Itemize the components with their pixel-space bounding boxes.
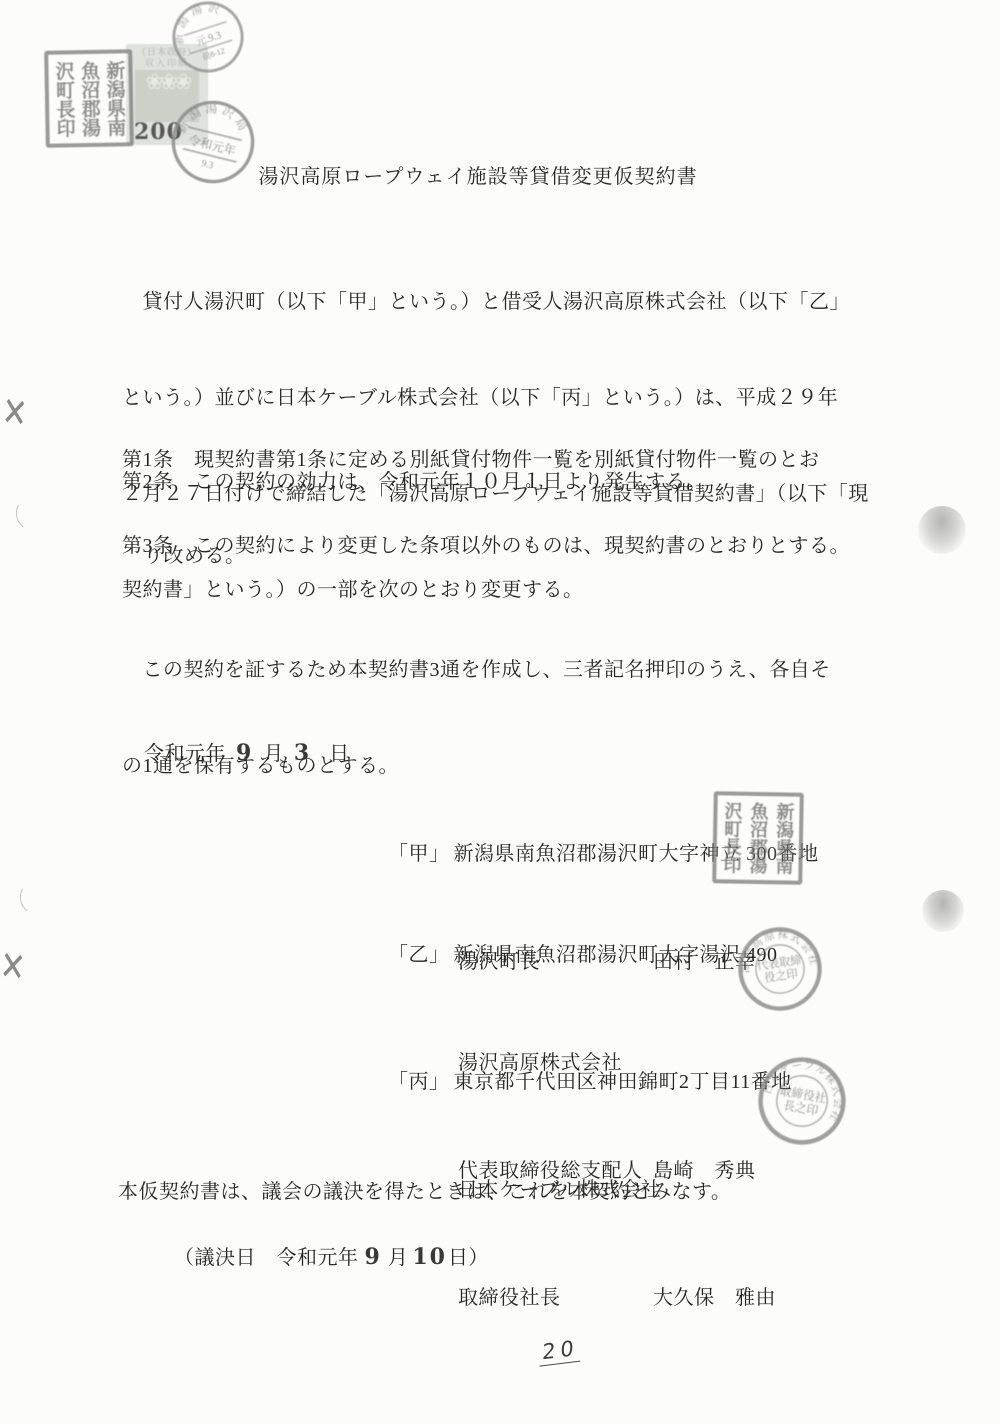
- seal-text-column: 魚沼郡湯: [748, 802, 767, 874]
- party-hei-mark: 「丙」: [388, 1071, 450, 1093]
- margin-x-mark: ✕: [0, 942, 27, 993]
- resolution-prefix: （議決日 令和元年: [174, 1247, 359, 1269]
- party-hei-name: 大久保 雅由: [653, 1287, 776, 1309]
- party-hei-round-seal: 日本ケーブル株式会社 取締役社 長之印: [750, 1049, 854, 1153]
- resolution-day-stamp: 10: [408, 1244, 448, 1270]
- seal-text-column: 新潟県南: [104, 60, 124, 136]
- punch-hole-shadow: [918, 506, 966, 554]
- contract-date-day-stamp: 3: [284, 740, 321, 766]
- margin-pen-mark: [13, 495, 47, 532]
- scanned-contract-page: （日本政府） 収入印紙 ❀❀❀ 200 新潟県南 魚沼郡湯 沢町長印 新潟湯沢 …: [0, 0, 1000, 1424]
- party-kou-square-seal: 新潟県南 魚沼郡湯 沢町長印: [712, 791, 804, 885]
- cancel-stamp-time: 前8-12: [201, 46, 226, 63]
- resolution-date-line: （議決日 令和元年9月10日）: [152, 1209, 489, 1306]
- article-2: 第2条 この契約の効力は、令和元年１０月１日より発生する。: [122, 466, 900, 498]
- party-otsu-round-seal: 湯沢高原株式会社 代表取締 役之印: [731, 919, 828, 1018]
- resolution-month-stamp: 9: [359, 1244, 388, 1270]
- margin-x-mark: ✕: [0, 388, 29, 439]
- cancel-stamp-date: 令和元年: [187, 132, 237, 158]
- party-kou-mark: 「甲」: [388, 843, 450, 865]
- seal-text-column: 沢町長印: [53, 61, 73, 137]
- provisional-note: 本仮契約書は、議会の議決を得たときは、これを本契約とみなす。: [118, 1176, 838, 1208]
- contract-date-month-stamp: 9: [226, 740, 263, 766]
- cancel-stamp-date: 元.9.3: [195, 29, 223, 48]
- seal-text-column: 新潟県南: [774, 802, 793, 874]
- intro-line: 貸付人湯沢町（以下「甲」という。）と借受人湯沢高原株式会社（以下「乙」: [122, 286, 890, 318]
- town-mayor-square-seal: 新潟県南 魚沼郡湯 沢町長印: [44, 49, 134, 148]
- party-otsu-address: 新潟県南魚沼郡湯沢町大字湯沢 490: [454, 944, 778, 966]
- contract-date-era: 令和元年: [144, 743, 226, 765]
- seal-text-column: 沢町長印: [722, 801, 741, 873]
- document-title: 湯沢高原ロープウェイ施設等貸借変更仮契約書: [0, 160, 978, 189]
- article-3: 第3条 この契約により変更した条項以外のものは、現契約書のとおりとする。: [122, 530, 912, 562]
- contract-date-day-label: 日: [329, 743, 350, 765]
- seal-text-column: 魚沼郡湯: [79, 60, 99, 136]
- closing-line: この契約を証するため本契約書3通を作成し、三者記名押印のうえ、各自そ: [122, 654, 890, 686]
- contract-date-line: 令和元年9月3日: [122, 705, 350, 802]
- punch-hole-shadow: [922, 890, 964, 932]
- handwritten-page-number: 20: [539, 1335, 581, 1366]
- party-hei-address: 東京都千代田区神田錦町2丁目11番地: [454, 1071, 792, 1093]
- margin-pen-mark: [17, 879, 51, 916]
- resolution-month-label: 月: [388, 1247, 409, 1269]
- resolution-suffix: 日）: [448, 1247, 489, 1269]
- party-otsu-mark: 「乙」: [388, 944, 450, 966]
- contract-date-month-label: 月: [263, 743, 284, 765]
